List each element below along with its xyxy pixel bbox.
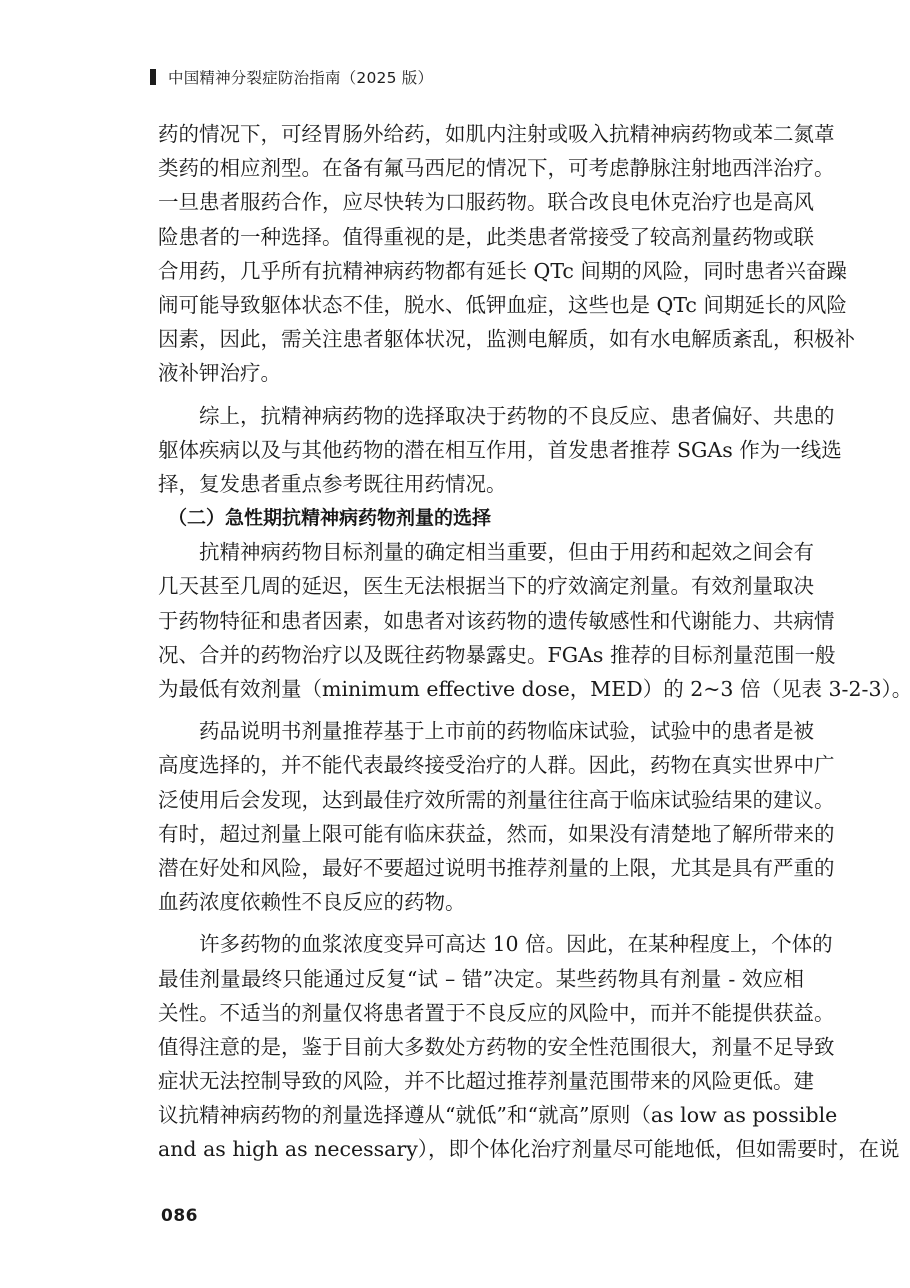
text-line: 抗精神病药物目标剂量的确定相当重要，但由于用药和起效之间会有 [158,535,804,569]
text-line: 潜在好处和风险，最好不要超过说明书推荐剂量的上限，尤其是具有严重的 [158,851,804,885]
text-line: 高度选择的，并不能代表最终接受治疗的人群。因此，药物在真实世界中广 [158,748,804,782]
text-line: 合用药，几乎所有抗精神病药物都有延长 QTc 间期的风险，同时患者兴奋躁 [158,254,804,288]
text-line: 许多药物的血浆浓度变异可高达 10 倍。因此，在某种程度上，个体的 [158,927,804,961]
running-header: 中国精神分裂症防治指南（2025 版） [150,64,433,90]
text-line: 泛使用后会发现，达到最佳疗效所需的剂量往往高于临床试验结果的建议。 [158,783,804,817]
text-line: 躯体疾病以及与其他药物的潜在相互作用，首发患者推荐 SGAs 作为一线选 [158,433,804,467]
text-line: 为最低有效剂量（minimum effective dose，MED）的 2~3… [158,672,804,706]
text-line: 择，复发患者重点参考既往用药情况。 [158,467,804,501]
text-line: 最佳剂量最终只能通过反复“试 – 错”决定。某些药物具有剂量 - 效应相 [158,962,804,996]
text-line: 闹可能导致躯体状态不佳，脱水、低钾血症，这些也是 QTc 间期延长的风险 [158,288,804,322]
body-text: 药的情况下，可经胃肠外给药，如肌内注射或吸入抗精神病药物或苯二氮䓬 类药的相应剂… [158,117,804,1167]
text-line: 险患者的一种选择。值得重视的是，此类患者常接受了较高剂量药物或联 [158,220,804,254]
text-line: 综上，抗精神病药物的选择取决于药物的不良反应、患者偏好、共患的 [158,399,804,433]
page-number: 086 [161,1206,198,1226]
text-line: and as high as necessary），即个体化治疗剂量尽可能地低，… [158,1132,804,1166]
paragraph: 药的情况下，可经胃肠外给药，如肌内注射或吸入抗精神病药物或苯二氮䓬 类药的相应剂… [158,117,804,391]
text-line: 值得注意的是，鉴于目前大多数处方药物的安全性范围很大，剂量不足导致 [158,1030,804,1064]
paragraph: 药品说明书剂量推荐基于上市前的药物临床试验，试验中的患者是被 高度选择的，并不能… [158,714,804,919]
black-bar-icon [150,69,156,85]
text-line: 液补钾治疗。 [158,356,804,390]
text-line: 议抗精神病药物的剂量选择遵从“就低”和“就高”原则（as low as poss… [158,1098,804,1132]
text-line: 药品说明书剂量推荐基于上市前的药物临床试验，试验中的患者是被 [158,714,804,748]
text-line: 因素，因此，需关注患者躯体状况，监测电解质，如有水电解质紊乱，积极补 [158,322,804,356]
text-line: 于药物特征和患者因素，如患者对该药物的遗传敏感性和代谢能力、共病情 [158,604,804,638]
book-title: 中国精神分裂症防治指南（2025 版） [168,66,433,88]
text-line: 血药浓度依赖性不良反应的药物。 [158,885,804,919]
text-line: 症状无法控制导致的风险，并不比超过推荐剂量范围带来的风险更低。建 [158,1064,804,1098]
text-line: 类药的相应剂型。在备有氟马西尼的情况下，可考虑静脉注射地西泮治疗。 [158,151,804,185]
section-heading: （二）急性期抗精神病药物剂量的选择 [158,501,804,535]
text-line: 几天甚至几周的延迟，医生无法根据当下的疗效滴定剂量。有效剂量取决 [158,569,804,603]
text-line: 有时，超过剂量上限可能有临床获益，然而，如果没有清楚地了解所带来的 [158,817,804,851]
text-line: 药的情况下，可经胃肠外给药，如肌内注射或吸入抗精神病药物或苯二氮䓬 [158,117,804,151]
text-line: 况、合并的药物治疗以及既往药物暴露史。FGAs 推荐的目标剂量范围一般 [158,638,804,672]
paragraph: 许多药物的血浆浓度变异可高达 10 倍。因此，在某种程度上，个体的 最佳剂量最终… [158,927,804,1166]
paragraph: 抗精神病药物目标剂量的确定相当重要，但由于用药和起效之间会有 几天甚至几周的延迟… [158,535,804,706]
text-line: 一旦患者服药合作，应尽快转为口服药物。联合改良电休克治疗也是高风 [158,185,804,219]
paragraph: 综上，抗精神病药物的选择取决于药物的不良反应、患者偏好、共患的 躯体疾病以及与其… [158,399,804,502]
text-line: 关性。不适当的剂量仅将患者置于不良反应的风险中，而并不能提供获益。 [158,996,804,1030]
